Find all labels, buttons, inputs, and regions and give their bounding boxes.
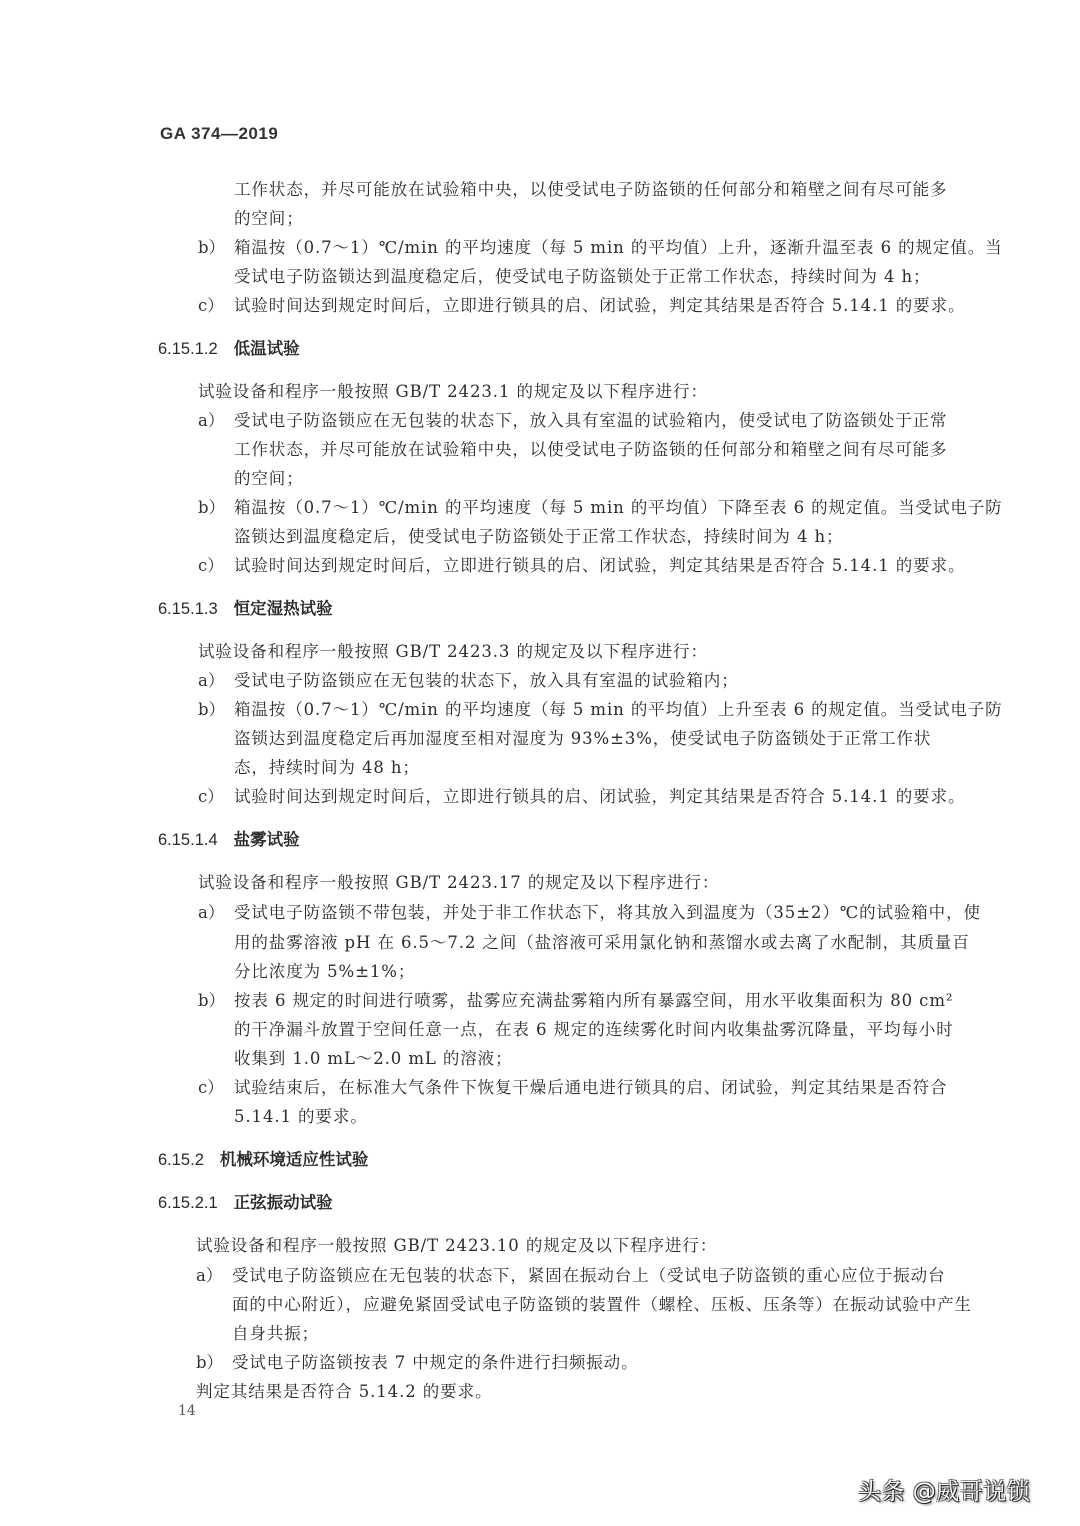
paragraph-line: 面的中心附近），应避免紧固受试电子防盗锁的装置件（螺栓、压板、压条等）在振动试验… xyxy=(232,1291,972,1315)
paragraph-line: 受试电子防盗锁应在无包装的状态下，放入具有室温的试验箱内； xyxy=(234,667,739,691)
paragraph-line: 受试电子防盗锁不带包装，并处于非工作状态下，将其放入到温度为（35±2）℃的试验… xyxy=(234,899,981,923)
list-marker: c） xyxy=(198,552,224,576)
section-title: 低温试验 xyxy=(234,339,300,358)
section-intro: 试验设备和程序一般按照 GB/T 2423.1 的规定及以下程序进行： xyxy=(198,378,708,402)
paragraph-line: 试验结束后，在标准大气条件下恢复干燥后通电进行锁具的启、闭试验，判定其结果是否符… xyxy=(234,1074,947,1098)
paragraph-line: 的空间； xyxy=(234,465,304,489)
section-heading: 6.15.1.2低温试验 xyxy=(158,335,300,359)
paragraph-line: 箱温按（0.7～1）℃/min 的平均速度（每 5 min 的平均值）下降至表 … xyxy=(234,494,1003,518)
paragraph-line: 按表 6 规定的时间进行喷雾，盐雾应充满盐雾箱内所有暴露空间，用水平收集面积为 … xyxy=(234,987,953,1011)
paragraph-line: 受试电子防盗锁达到温度稳定后，使受试电子防盗锁处于正常工作状态，持续时间为 4 … xyxy=(234,263,930,287)
list-marker: b） xyxy=(198,494,225,518)
section-title: 恒定湿热试验 xyxy=(234,599,333,618)
paragraph-line: 受试电子防盗锁应在无包装的状态下，紧固在振动台上（受试电子防盗锁的重心应位于振动… xyxy=(232,1262,945,1286)
section-title: 正弦振动试验 xyxy=(234,1193,333,1212)
paragraph-line: 收集到 1.0 mL～2.0 mL 的溶液； xyxy=(234,1045,512,1069)
section-heading: 6.15.1.3恒定湿热试验 xyxy=(158,595,333,619)
list-marker: b） xyxy=(198,234,225,258)
paragraph-line: 5.14.1 的要求。 xyxy=(234,1103,368,1127)
list-marker: b） xyxy=(196,1349,223,1373)
document-code: GA 374—2019 xyxy=(160,124,278,144)
paragraph-line: 工作状态，并尽可能放在试验箱中央，以使受试电子防盗锁的任何部分和箱壁之间有尽可能… xyxy=(234,436,947,460)
list-marker: c） xyxy=(198,1074,224,1098)
section-number: 6.15.1.2 xyxy=(158,340,218,359)
section-heading: 6.15.2机械环境适应性试验 xyxy=(158,1146,368,1170)
paragraph-line: 态，持续时间为 48 h； xyxy=(234,754,420,778)
section-title: 盐雾试验 xyxy=(234,830,300,849)
paragraph-line: 的空间； xyxy=(234,205,304,229)
section-intro: 试验设备和程序一般按照 GB/T 2423.17 的规定及以下程序进行： xyxy=(198,869,719,893)
section-intro: 试验设备和程序一般按照 GB/T 2423.3 的规定及以下程序进行： xyxy=(198,638,708,662)
list-marker: c） xyxy=(198,292,224,316)
paragraph-line: 受试电子防盗锁应在无包装的状态下，放入具有室温的试验箱内，使受试电了防盗锁处于正… xyxy=(234,407,947,431)
list-marker: b） xyxy=(198,987,225,1011)
conclusion-line: 判定其结果是否符合 5.14.2 的要求。 xyxy=(196,1378,492,1402)
paragraph-line: 工作状态，并尽可能放在试验箱中央，以使受试电子防盗锁的任何部分和箱壁之间有尽可能… xyxy=(234,176,947,200)
paragraph-line: 盗锁达到温度稳定后再加湿度至相对湿度为 93%±3%，使受试电子防盗锁处于正常工… xyxy=(234,725,931,749)
watermark: 头条 @威哥说锁 xyxy=(858,1473,1030,1506)
list-marker: a） xyxy=(198,407,224,431)
paragraph-line: 受试电子防盗锁按表 7 中规定的条件进行扫频振动。 xyxy=(232,1349,639,1373)
section-number: 6.15.1.3 xyxy=(158,600,218,619)
page-number: 14 xyxy=(178,1403,196,1419)
section-intro: 试验设备和程序一般按照 GB/T 2423.10 的规定及以下程序进行： xyxy=(196,1232,717,1256)
paragraph-line: 的干净漏斗放置于空间任意一点，在表 6 规定的连续雾化时间内收集盐雾沉降量，平均… xyxy=(234,1016,954,1040)
paragraph-line: 箱温按（0.7～1）℃/min 的平均速度（每 5 min 的平均值）上升至表 … xyxy=(234,696,1003,720)
section-number: 6.15.1.4 xyxy=(158,831,218,850)
section-title: 机械环境适应性试验 xyxy=(220,1150,369,1169)
list-marker: b） xyxy=(198,696,225,720)
section-heading: 6.15.1.4盐雾试验 xyxy=(158,826,300,850)
document-page: GA 374—2019 工作状态，并尽可能放在试验箱中央，以使受试电子防盗锁的任… xyxy=(0,0,1080,1526)
paragraph-line: 试验时间达到规定时间后，立即进行锁具的启、闭试验，判定其结果是否符合 5.14.… xyxy=(234,552,965,576)
list-marker: a） xyxy=(198,899,224,923)
paragraph-line: 箱温按（0.7～1）℃/min 的平均速度（每 5 min 的平均值）上升，逐渐… xyxy=(234,234,1003,258)
section-number: 6.15.2 xyxy=(158,1151,204,1170)
paragraph-line: 试验时间达到规定时间后，立即进行锁具的启、闭试验，判定其结果是否符合 5.14.… xyxy=(234,783,965,807)
paragraph-line: 试验时间达到规定时间后，立即进行锁具的启、闭试验，判定其结果是否符合 5.14.… xyxy=(234,292,965,316)
paragraph-line: 盗锁达到温度稳定后，使受试电子防盗锁处于正常工作状态，持续时间为 4 h； xyxy=(234,523,843,547)
list-marker: a） xyxy=(196,1262,222,1286)
section-number: 6.15.2.1 xyxy=(158,1194,218,1213)
section-heading: 6.15.2.1正弦振动试验 xyxy=(158,1189,333,1213)
list-marker: c） xyxy=(198,783,224,807)
paragraph-line: 自身共振； xyxy=(232,1320,319,1344)
list-marker: a） xyxy=(198,667,224,691)
paragraph-line: 用的盐雾溶液 pH 在 6.5～7.2 之间（盐溶液可采用氯化钠和蒸馏水或去离了… xyxy=(234,929,970,953)
paragraph-line: 分比浓度为 5%±1%； xyxy=(234,958,415,982)
